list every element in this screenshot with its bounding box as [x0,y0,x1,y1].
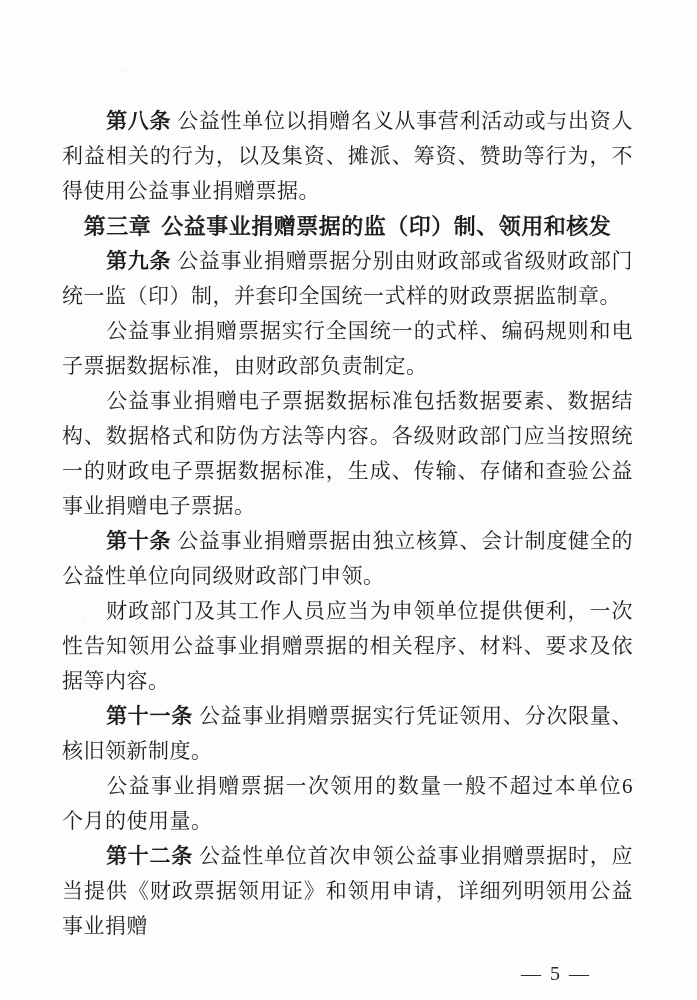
chapter-3-number: 第三章 [84,214,152,239]
article-9-paragraph-3-text: 公益事业捐赠电子票据数据标准包括数据要素、数据结构、数据格式和防伪方法等内容。各… [62,389,633,518]
document-page: 第八条公益性单位以捐赠名义从事营利活动或与出资人利益相关的行为，以及集资、摊派、… [0,0,697,1000]
article-10-paragraph-1: 第十条公益事业捐赠票据由独立核算、会计制度健全的公益性单位向同级财政部门申领。 [62,524,633,594]
article-11-paragraph-2-text: 公益事业捐赠票据一次领用的数量一般不超过本单位6个月的使用量。 [62,774,633,833]
article-12-paragraph: 第十二条公益性单位首次申领公益事业捐赠票据时，应当提供《财政票据领用证》和领用申… [62,839,633,944]
document-body: 第八条公益性单位以捐赠名义从事营利活动或与出资人利益相关的行为，以及集资、摊派、… [62,104,633,944]
article-12-number: 第十二条 [106,845,193,868]
page-number: — 5 — [62,959,633,989]
article-11-paragraph-1: 第十一条公益事业捐赠票据实行凭证领用、分次限量、核旧领新制度。 [62,699,633,769]
article-9-paragraph-1: 第九条公益事业捐赠票据分别由财政部或省级财政部门统一监（印）制，并套印全国统一式… [62,244,633,314]
article-9-number: 第九条 [106,250,171,273]
article-11-number: 第十一条 [106,705,193,728]
chapter-3-title: 公益事业捐赠票据的监（印）制、领用和核发 [161,214,611,239]
article-9-paragraph-2-text: 公益事业捐赠票据实行全国统一的式样、编码规则和电子票据数据标准，由财政部负责制定… [62,319,633,378]
article-10-paragraph-2-text: 财政部门及其工作人员应当为申领单位提供便利，一次性告知领用公益事业捐赠票据的相关… [62,599,633,693]
article-8-paragraph: 第八条公益性单位以捐赠名义从事营利活动或与出资人利益相关的行为，以及集资、摊派、… [62,104,633,209]
article-11-paragraph-2: 公益事业捐赠票据一次领用的数量一般不超过本单位6个月的使用量。 [62,769,633,839]
article-8-number: 第八条 [106,110,171,133]
article-9-paragraph-2: 公益事业捐赠票据实行全国统一的式样、编码规则和电子票据数据标准，由财政部负责制定… [62,314,633,384]
article-10-number: 第十条 [106,530,171,553]
article-10-paragraph-2: 财政部门及其工作人员应当为申领单位提供便利，一次性告知领用公益事业捐赠票据的相关… [62,594,633,699]
article-9-paragraph-3: 公益事业捐赠电子票据数据标准包括数据要素、数据结构、数据格式和防伪方法等内容。各… [62,384,633,524]
chapter-3-heading: 第三章公益事业捐赠票据的监（印）制、领用和核发 [62,209,633,244]
